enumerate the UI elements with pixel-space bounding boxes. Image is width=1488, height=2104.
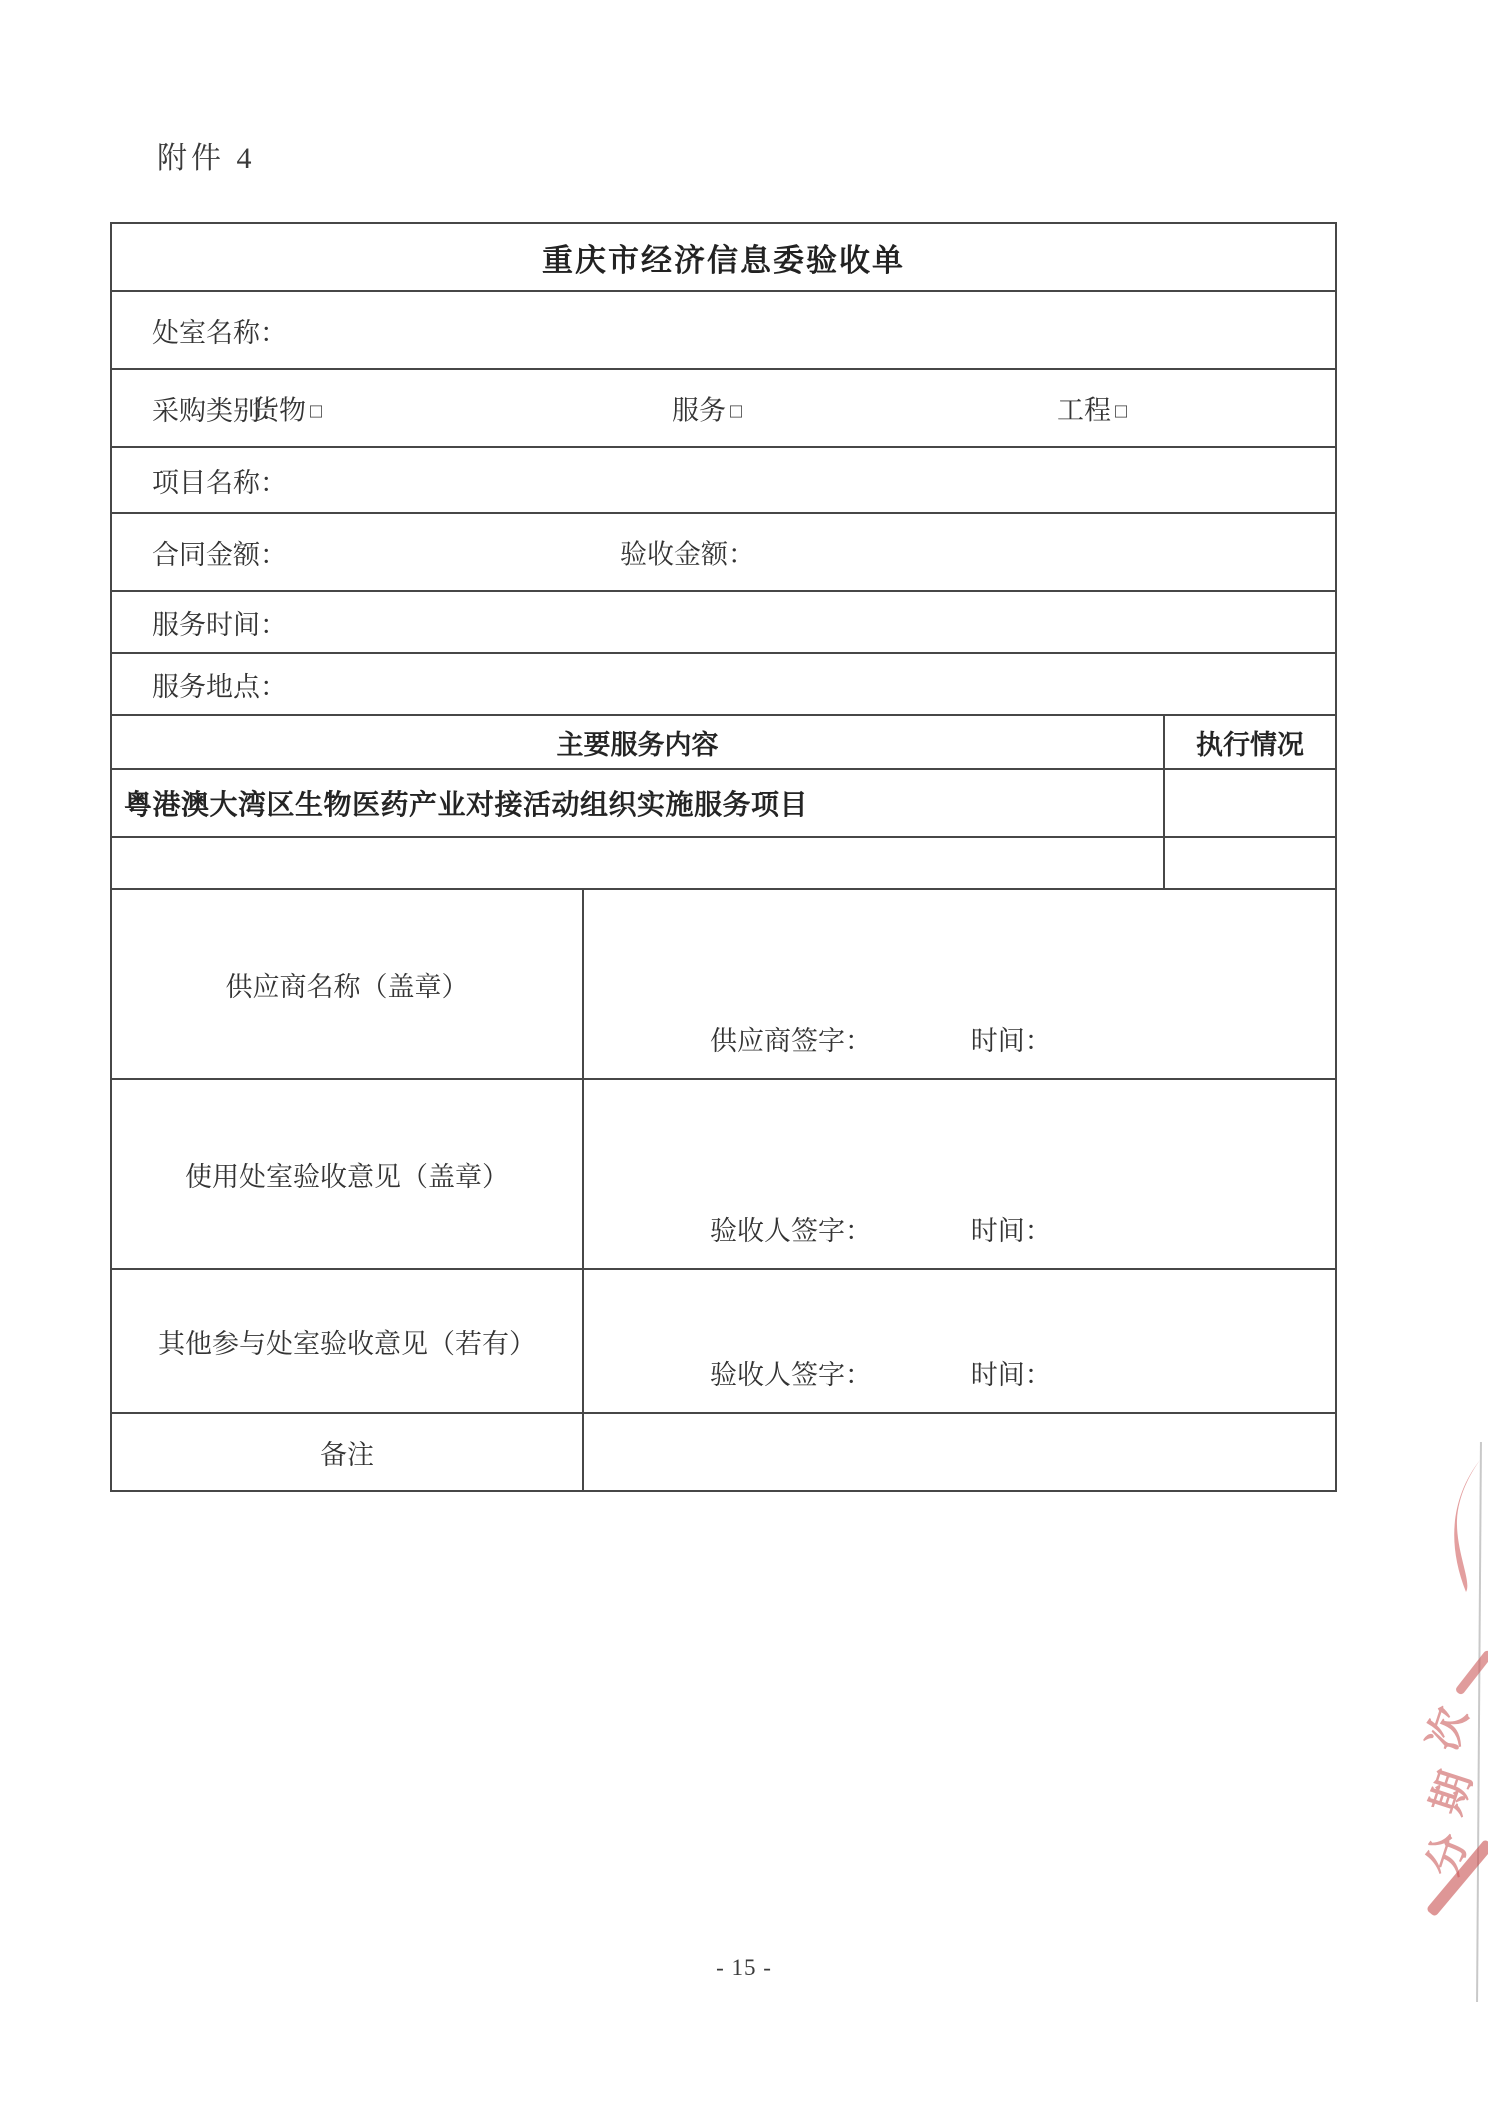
other-signature-line: 验收人签字： 时间：: [710, 1353, 1052, 1392]
office-name-label: 处室名称：: [152, 311, 287, 350]
service-content-header: 主要服务内容: [557, 723, 719, 762]
service-time-row: 服务时间：: [112, 590, 1335, 652]
checkbox-icon: □: [310, 401, 322, 423]
project-name-row: 项目名称：: [112, 446, 1335, 512]
project-name-label: 项目名称：: [152, 461, 287, 500]
scanned-document-page: 附件 4 重庆市经济信息委验收单 处室名称： 采购类别： 货物□ 服务□ 工程□…: [0, 0, 1488, 2104]
supplier-section-row: 供应商名称（盖章） 供应商签字： 时间：: [112, 888, 1335, 1078]
service-content-header-cell: 主要服务内容: [112, 716, 1163, 768]
procurement-category-row: 采购类别： 货物□ 服务□ 工程□: [112, 368, 1335, 446]
page-number: - 15 -: [0, 1955, 1488, 1981]
service-time-label: 服务时间：: [152, 603, 287, 642]
dept-opinion-section-row: 使用处室验收意见（盖章） 验收人签字： 时间：: [112, 1078, 1335, 1268]
category-option-goods-label: 货物: [252, 396, 306, 426]
service-content-empty-row: [112, 836, 1335, 888]
supplier-signature-cell: 供应商签字： 时间：: [584, 890, 1335, 1078]
execution-status-empty-cell: [1163, 838, 1335, 888]
checkbox-icon: □: [1115, 401, 1127, 423]
amount-row: 合同金额： 验收金额：: [112, 512, 1335, 590]
office-name-row: 处室名称：: [112, 290, 1335, 368]
form-title-row: 重庆市经济信息委验收单: [112, 224, 1335, 290]
dept-opinion-cell: 使用处室验收意见（盖章）: [112, 1080, 584, 1268]
supplier-sign-label: 供应商签字：: [710, 1026, 872, 1056]
supplier-time-label: 时间：: [971, 1026, 1052, 1056]
dept-time-label: 时间：: [971, 1216, 1052, 1246]
service-content-item-row: 粤港澳大湾区生物医药产业对接活动组织实施服务项目: [112, 768, 1335, 836]
service-location-row: 服务地点：: [112, 652, 1335, 714]
other-opinion-cell: 其他参与处室验收意见（若有）: [112, 1270, 584, 1412]
remark-label: 备注: [320, 1433, 374, 1472]
category-option-goods: 货物□: [252, 389, 322, 428]
dept-signature-cell: 验收人签字： 时间：: [584, 1080, 1335, 1268]
service-item-empty-cell: [112, 838, 1163, 888]
remark-label-cell: 备注: [112, 1414, 584, 1490]
other-opinion-label: 其他参与处室验收意见（若有）: [158, 1322, 536, 1361]
checkbox-icon: □: [730, 401, 742, 423]
service-item-text: 粤港澳大湾区生物医药产业对接活动组织实施服务项目: [124, 783, 808, 823]
category-option-service: 服务□: [672, 389, 742, 428]
category-option-works: 工程□: [1057, 389, 1127, 428]
form-title: 重庆市经济信息委验收单: [542, 235, 905, 280]
stamp-character: 次: [1410, 1699, 1480, 1758]
acceptance-form-table: 重庆市经济信息委验收单 处室名称： 采购类别： 货物□ 服务□ 工程□ 项目名称…: [110, 222, 1337, 1492]
other-time-label: 时间：: [971, 1360, 1052, 1390]
dept-signature-line: 验收人签字： 时间：: [710, 1209, 1052, 1248]
supplier-name-label: 供应商名称（盖章）: [226, 965, 469, 1004]
remark-content-cell: [584, 1414, 1335, 1490]
service-item-cell: 粤港澳大湾区生物医药产业对接活动组织实施服务项目: [112, 770, 1163, 836]
execution-status-header: 执行情况: [1196, 723, 1304, 762]
category-option-works-label: 工程: [1057, 396, 1111, 426]
supplier-signature-line: 供应商签字： 时间：: [710, 1019, 1052, 1058]
dept-sign-label: 验收人签字：: [710, 1216, 872, 1246]
category-option-service-label: 服务: [672, 396, 726, 426]
supplier-name-cell: 供应商名称（盖章）: [112, 890, 584, 1078]
stamp-arc-icon: [1436, 1458, 1488, 1598]
stamp-character: 期: [1414, 1763, 1484, 1822]
acceptance-amount-label: 验收金额：: [620, 533, 755, 572]
attachment-label: 附件 4: [157, 133, 256, 177]
execution-status-cell: [1163, 770, 1335, 836]
other-sign-label: 验收人签字：: [710, 1360, 872, 1390]
other-opinion-section-row: 其他参与处室验收意见（若有） 验收人签字： 时间：: [112, 1268, 1335, 1412]
contract-amount-label: 合同金额：: [152, 533, 287, 572]
execution-status-header-cell: 执行情况: [1163, 716, 1335, 768]
stamp-stroke: [1454, 1649, 1488, 1696]
dept-opinion-label: 使用处室验收意见（盖章）: [185, 1155, 509, 1194]
service-location-label: 服务地点：: [152, 665, 287, 704]
remark-row: 备注: [112, 1412, 1335, 1490]
service-content-header-row: 主要服务内容 执行情况: [112, 714, 1335, 768]
other-signature-cell: 验收人签字： 时间：: [584, 1270, 1335, 1412]
